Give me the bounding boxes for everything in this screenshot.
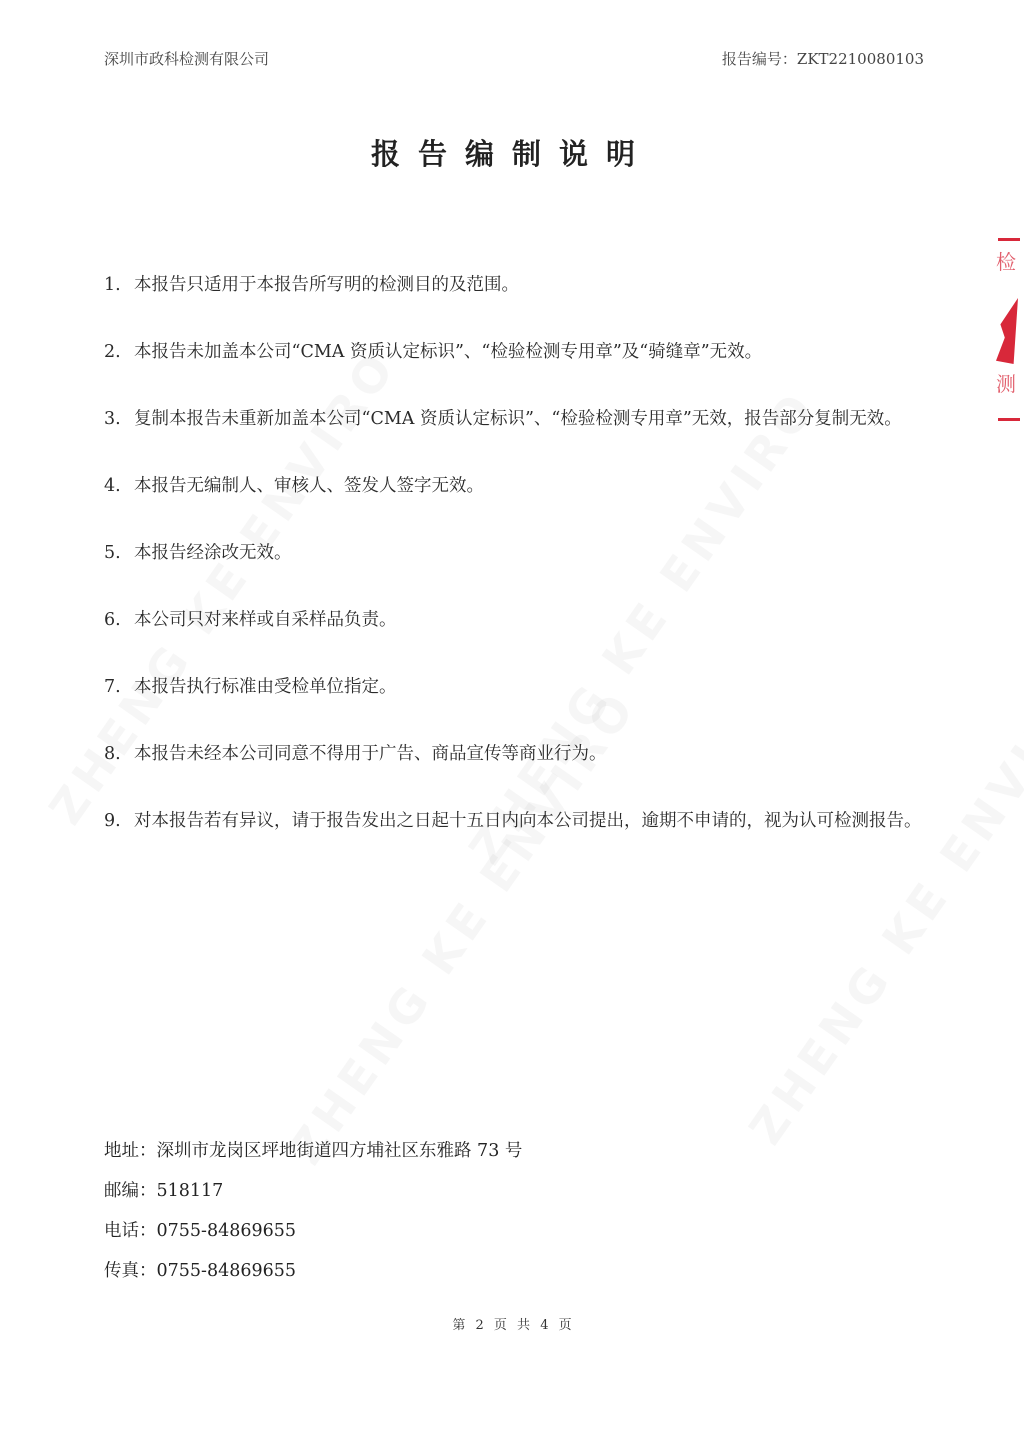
list-item: 8.本报告未经本公司同意不得用于广告、商品宣传等商业行为。 <box>104 734 934 774</box>
item-number: 8. <box>104 734 134 774</box>
notes-list: 1.本报告只适用于本报告所写明的检测目的及范围。 2.本报告未加盖本公司“CMA… <box>104 265 934 868</box>
item-number: 3. <box>104 399 134 439</box>
seam-seal-stamp: 检 测 <box>992 232 1024 432</box>
item-number: 6. <box>104 600 134 640</box>
list-item: 1.本报告只适用于本报告所写明的检测目的及范围。 <box>104 265 934 305</box>
item-number: 2. <box>104 332 134 372</box>
fax-value: 0755-84869655 <box>157 1261 297 1281</box>
list-item: 2.本报告未加盖本公司“CMA 资质认定标识”、“检验检测专用章”及“骑缝章”无… <box>104 332 934 372</box>
item-number: 1. <box>104 265 134 305</box>
report-number-label: 报告编号： <box>722 50 797 68</box>
postcode-label: 邮编： <box>104 1181 157 1201</box>
list-item: 3.复制本报告未重新加盖本公司“CMA 资质认定标识”、“检验检测专用章”无效，… <box>104 399 934 439</box>
address-label: 地址： <box>104 1141 157 1161</box>
fax-label: 传真： <box>104 1261 157 1281</box>
contact-info: 地址：深圳市龙岗区坪地街道四方埔社区东雅路 73 号 邮编：518117 电话：… <box>104 1136 522 1296</box>
postcode-value: 518117 <box>157 1181 224 1201</box>
phone-label: 电话： <box>104 1221 157 1241</box>
list-item: 6.本公司只对来样或自采样品负责。 <box>104 600 934 640</box>
seal-bar <box>998 238 1020 241</box>
seal-char: 检 <box>996 246 1016 275</box>
list-item: 9.对本报告若有异议，请于报告发出之日起十五日内向本公司提出，逾期不申请的，视为… <box>104 801 934 841</box>
seal-star-icon <box>996 298 1018 364</box>
seal-bar <box>998 418 1020 421</box>
item-text: 本报告只适用于本报告所写明的检测目的及范围。 <box>134 275 519 295</box>
item-number: 7. <box>104 667 134 707</box>
item-text: 本报告无编制人、审核人、签发人签字无效。 <box>134 476 484 496</box>
report-number-value: ZKT2210080103 <box>797 50 924 68</box>
item-text: 本报告执行标准由受检单位指定。 <box>134 677 397 697</box>
seal-char: 测 <box>996 368 1016 397</box>
address-row: 地址：深圳市龙岗区坪地街道四方埔社区东雅路 73 号 <box>104 1136 522 1176</box>
postcode-row: 邮编：518117 <box>104 1176 522 1216</box>
list-item: 7.本报告执行标准由受检单位指定。 <box>104 667 934 707</box>
report-number: 报告编号：ZKT2210080103 <box>722 48 924 69</box>
phone-value: 0755-84869655 <box>157 1221 297 1241</box>
company-name: 深圳市政科检测有限公司 <box>104 48 269 69</box>
address-value: 深圳市龙岗区坪地街道四方埔社区东雅路 73 号 <box>157 1141 523 1161</box>
item-text: 本报告未加盖本公司“CMA 资质认定标识”、“检验检测专用章”及“骑缝章”无效。 <box>134 342 762 362</box>
phone-row: 电话：0755-84869655 <box>104 1216 522 1256</box>
page-number: 第 2 页 共 4 页 <box>0 1314 1024 1333</box>
item-number: 4. <box>104 466 134 506</box>
page-header: 深圳市政科检测有限公司 报告编号：ZKT2210080103 <box>104 48 924 70</box>
page-title: 报告编制说明 <box>0 132 1024 173</box>
list-item: 4.本报告无编制人、审核人、签发人签字无效。 <box>104 466 934 506</box>
item-number: 5. <box>104 533 134 573</box>
item-text: 本公司只对来样或自采样品负责。 <box>134 610 397 630</box>
item-number: 9. <box>104 801 134 841</box>
fax-row: 传真：0755-84869655 <box>104 1256 522 1296</box>
item-text: 本报告未经本公司同意不得用于广告、商品宣传等商业行为。 <box>134 744 607 764</box>
item-text: 对本报告若有异议，请于报告发出之日起十五日内向本公司提出，逾期不申请的，视为认可… <box>134 811 922 831</box>
list-item: 5.本报告经涂改无效。 <box>104 533 934 573</box>
item-text: 本报告经涂改无效。 <box>134 543 292 563</box>
item-text: 复制本报告未重新加盖本公司“CMA 资质认定标识”、“检验检测专用章”无效，报告… <box>134 409 902 429</box>
